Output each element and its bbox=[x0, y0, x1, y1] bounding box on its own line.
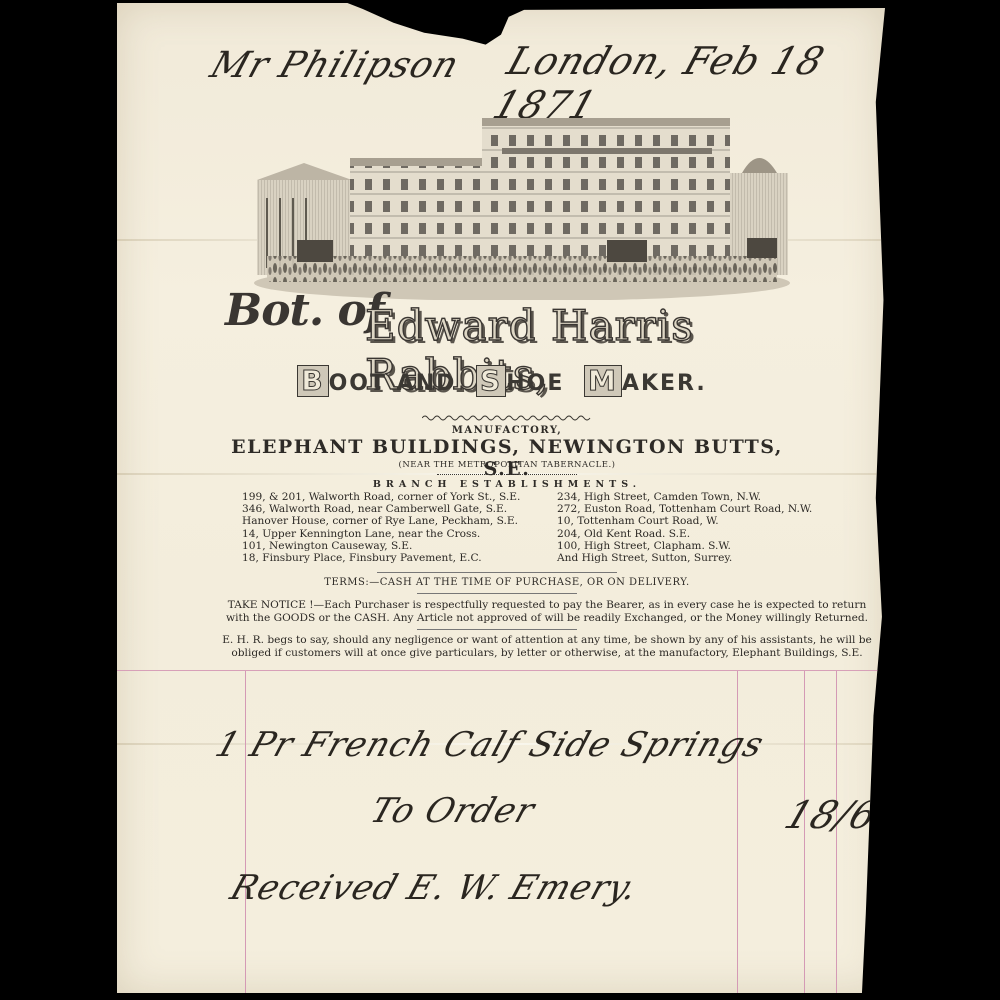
handwritten-addressee: Mr Philipson bbox=[205, 45, 464, 86]
trade-initial: S bbox=[476, 365, 506, 397]
branch-address: 18, Finsbury Place, Finsbury Pavement, E… bbox=[242, 552, 520, 564]
rule-divider bbox=[417, 593, 577, 594]
branch-address: 199, & 201, Walworth Road, corner of Yor… bbox=[242, 491, 520, 503]
handwritten-item-line: 1 Pr French Calf Side Springs bbox=[211, 725, 770, 765]
ledger-rule-horizontal bbox=[117, 670, 885, 671]
trade-word: HOE bbox=[506, 371, 564, 396]
building-engraving-image bbox=[252, 108, 792, 300]
ehr-notice-text: E. H. R. begs to say, should any neglige… bbox=[217, 634, 877, 660]
trade-initial: M bbox=[584, 365, 622, 397]
manufactory-label: MANUFACTORY, bbox=[217, 425, 797, 436]
branch-address: 101, Newington Causeway, S.E. bbox=[242, 540, 520, 552]
manufactory-note: (NEAR THE METROPOLITAN TABERNACLE.) bbox=[217, 460, 797, 470]
rule-divider bbox=[417, 629, 577, 630]
trade-word: AKER. bbox=[622, 371, 707, 396]
rule-divider bbox=[377, 572, 617, 573]
branch-address: 100, High Street, Clapham. S.W. bbox=[557, 540, 812, 552]
take-notice-text: TAKE NOTICE !—Each Purchaser is respectf… bbox=[217, 599, 877, 625]
wavy-ornament-divider bbox=[422, 414, 592, 422]
billhead-paper: Mr Philipson London, Feb 18 1871 bbox=[117, 3, 885, 993]
handwritten-receipt-signature: Received E. W. Emery. bbox=[226, 868, 644, 908]
ledger-rule-vertical bbox=[737, 671, 738, 993]
handwritten-order-note: To Order bbox=[366, 791, 541, 831]
bought-of-label: Bot. of bbox=[225, 285, 384, 336]
dotted-divider bbox=[437, 474, 577, 475]
branch-list-left: 199, & 201, Walworth Road, corner of Yor… bbox=[242, 491, 520, 564]
branch-address: 204, Old Kent Road. S.E. bbox=[557, 528, 812, 540]
trade-initial: B bbox=[297, 365, 328, 397]
handwritten-price: 18/6 bbox=[779, 793, 884, 837]
branch-address: 10, Tottenham Court Road, W. bbox=[557, 515, 812, 527]
branch-heading: BRANCH ESTABLISHMENTS. bbox=[217, 479, 797, 490]
ledger-rule-vertical bbox=[245, 671, 246, 993]
branch-address: 346, Walworth Road, near Camberwell Gate… bbox=[242, 503, 520, 515]
branch-list-right: 234, High Street, Camden Town, N.W. 272,… bbox=[557, 491, 812, 564]
branch-address: 272, Euston Road, Tottenham Court Road, … bbox=[557, 503, 812, 515]
branch-address: Hanover House, corner of Rye Lane, Peckh… bbox=[242, 515, 520, 527]
terms-text: TERMS:—CASH AT THE TIME OF PURCHASE, OR … bbox=[217, 577, 797, 588]
branch-address: And High Street, Sutton, Surrey. bbox=[557, 552, 812, 564]
trade-word: OOT AND bbox=[329, 371, 457, 396]
branch-address: 234, High Street, Camden Town, N.W. bbox=[557, 491, 812, 503]
branch-address: 14, Upper Kennington Lane, near the Cros… bbox=[242, 528, 520, 540]
trade-title: BOOT AND SHOE MAKER. bbox=[117, 365, 877, 397]
